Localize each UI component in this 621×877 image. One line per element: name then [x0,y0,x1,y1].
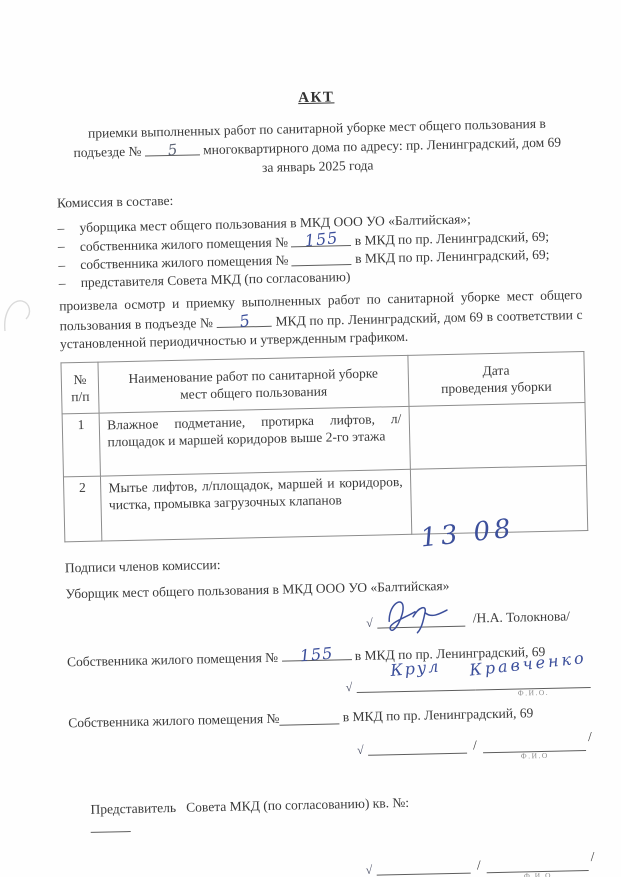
representative-label-line: Представитель Совета МКД (по согласовани… [70,774,594,852]
fio-label: Ф.И.О [524,871,552,877]
list-dash: – [58,256,80,274]
fio-label: Ф.И.О [521,751,549,761]
row2-date-cell: 13 08 [410,465,588,534]
check-mark: √ [357,742,364,757]
handwritten-apartment-number-2: 155 [299,643,334,665]
representative-signature-row: √ / Ф.И.О / [365,853,594,875]
header-row-number: № п/п [61,362,99,414]
owner1-signature-row: √ Крул Кравченко Ф.И.О. [345,670,590,692]
cleaner-role-line: Уборщик мест общего пользования в МКД ОО… [65,574,588,601]
trailing-slash: / [588,728,592,744]
row1-work-description: Влажное подметание, протирка лифтов, л/п… [99,406,410,476]
cleaner-signature-name: /Н.А. Толокнова/ [473,608,570,626]
separator-slash: / [477,857,481,873]
handwritten-apartment-number: 155 [304,229,339,250]
owner2-signature-row: √ / Ф.И.О / [357,733,592,755]
representative-signature-line-1 [376,856,471,875]
cleaner-signature-scribble [382,593,455,635]
inspection-paragraph: произвела осмотр и приемку выполненных р… [59,286,583,354]
owner2-label-before: Собственника жилого помещения № [68,710,279,730]
owner2-label-after: в МКД по пр. Ленинградский, 69 [343,705,534,724]
row1-date-cell [409,402,587,469]
signatures-heading: Подписи членов комиссии: [65,548,588,575]
handwritten-entrance-number: 5 [166,140,178,160]
representative-label-text: Представитель Совета МКД (по согласовани… [90,794,409,816]
inspection-entrance-blank: 5 [217,311,272,327]
cleaner-signature-line [377,609,465,628]
owner2-signature-line-1 [367,736,467,755]
representative-apartment-blank [91,817,131,833]
owner1-signature-line-2: Кравченко Ф.И.О. [476,670,591,689]
table-row: 2 Мытье лифтов, л/площадок, маршей и кор… [63,465,587,541]
handwritten-cleaning-date: 13 08 [418,513,515,553]
list-dash: – [58,237,80,256]
row2-work-description: Мытье лифтов, л/площадок, маршей и корид… [101,469,412,541]
commission-heading: Комиссия в составе: [57,184,580,211]
owner1-signature-handwriting-1: Крул [389,656,441,680]
cleaner-signature-row: √ /Н.А. Толокнова/ [366,606,589,628]
intro-line2-label: подъезде № [73,144,141,160]
separator-slash: / [473,737,477,753]
member-text-before: собственника жилого помещения № [80,252,288,272]
row2-number: 2 [63,476,102,542]
check-mark: √ [366,615,373,630]
list-dash: – [57,219,79,237]
member-text-after: в МКД по пр. Ленинградский, 69; [355,229,550,248]
check-mark: √ [345,680,352,695]
owner2-label-line: Собственника жилого помещения № в МКД по… [68,703,591,730]
owner2-apartment-blank [279,709,339,725]
trailing-slash: / [590,848,594,864]
commission-members-list: – уборщика мест общего пользования в МКД… [57,208,581,292]
apartment-number-blank-empty [292,250,352,266]
header-work-name: Наименование работ по санитарной уборке … [98,355,408,413]
document-title: АКТ [55,84,578,112]
fio-label: Ф.И.О. [518,688,550,698]
cleaning-works-table: № п/п Наименование работ по санитарной у… [60,350,588,541]
table-row: 1 Влажное подметание, протирка лифтов, л… [62,402,586,476]
check-mark: √ [365,862,372,877]
member-text-before: собственника жилого помещения № [80,234,288,254]
scanned-document-page: АКТ приемки выполненных работ по санитар… [0,0,621,877]
list-dash: – [59,274,81,292]
document-content: АКТ приемки выполненных работ по санитар… [0,0,621,877]
handwritten-entrance-number-2: 5 [238,311,251,331]
owner1-signature-line-1: Крул [356,673,476,693]
member-text-after: в МКД по пр. Ленинградский, 69; [355,247,550,266]
entrance-number-blank: 5 [145,140,200,156]
owner1-label-before: Собственника жилого помещения № [67,649,278,669]
row1-number: 1 [62,413,101,477]
representative-signature-line-2: Ф.И.О [486,854,588,873]
owner1-apartment-blank: 155 [281,645,351,662]
intro-paragraph: приемки выполненных работ по санитарной … [55,113,579,181]
header-cleaning-date: Дата проведения уборки [407,351,585,406]
apartment-number-blank: 155 [291,231,351,247]
owner2-signature-line-2: Ф.И.О [483,734,587,753]
